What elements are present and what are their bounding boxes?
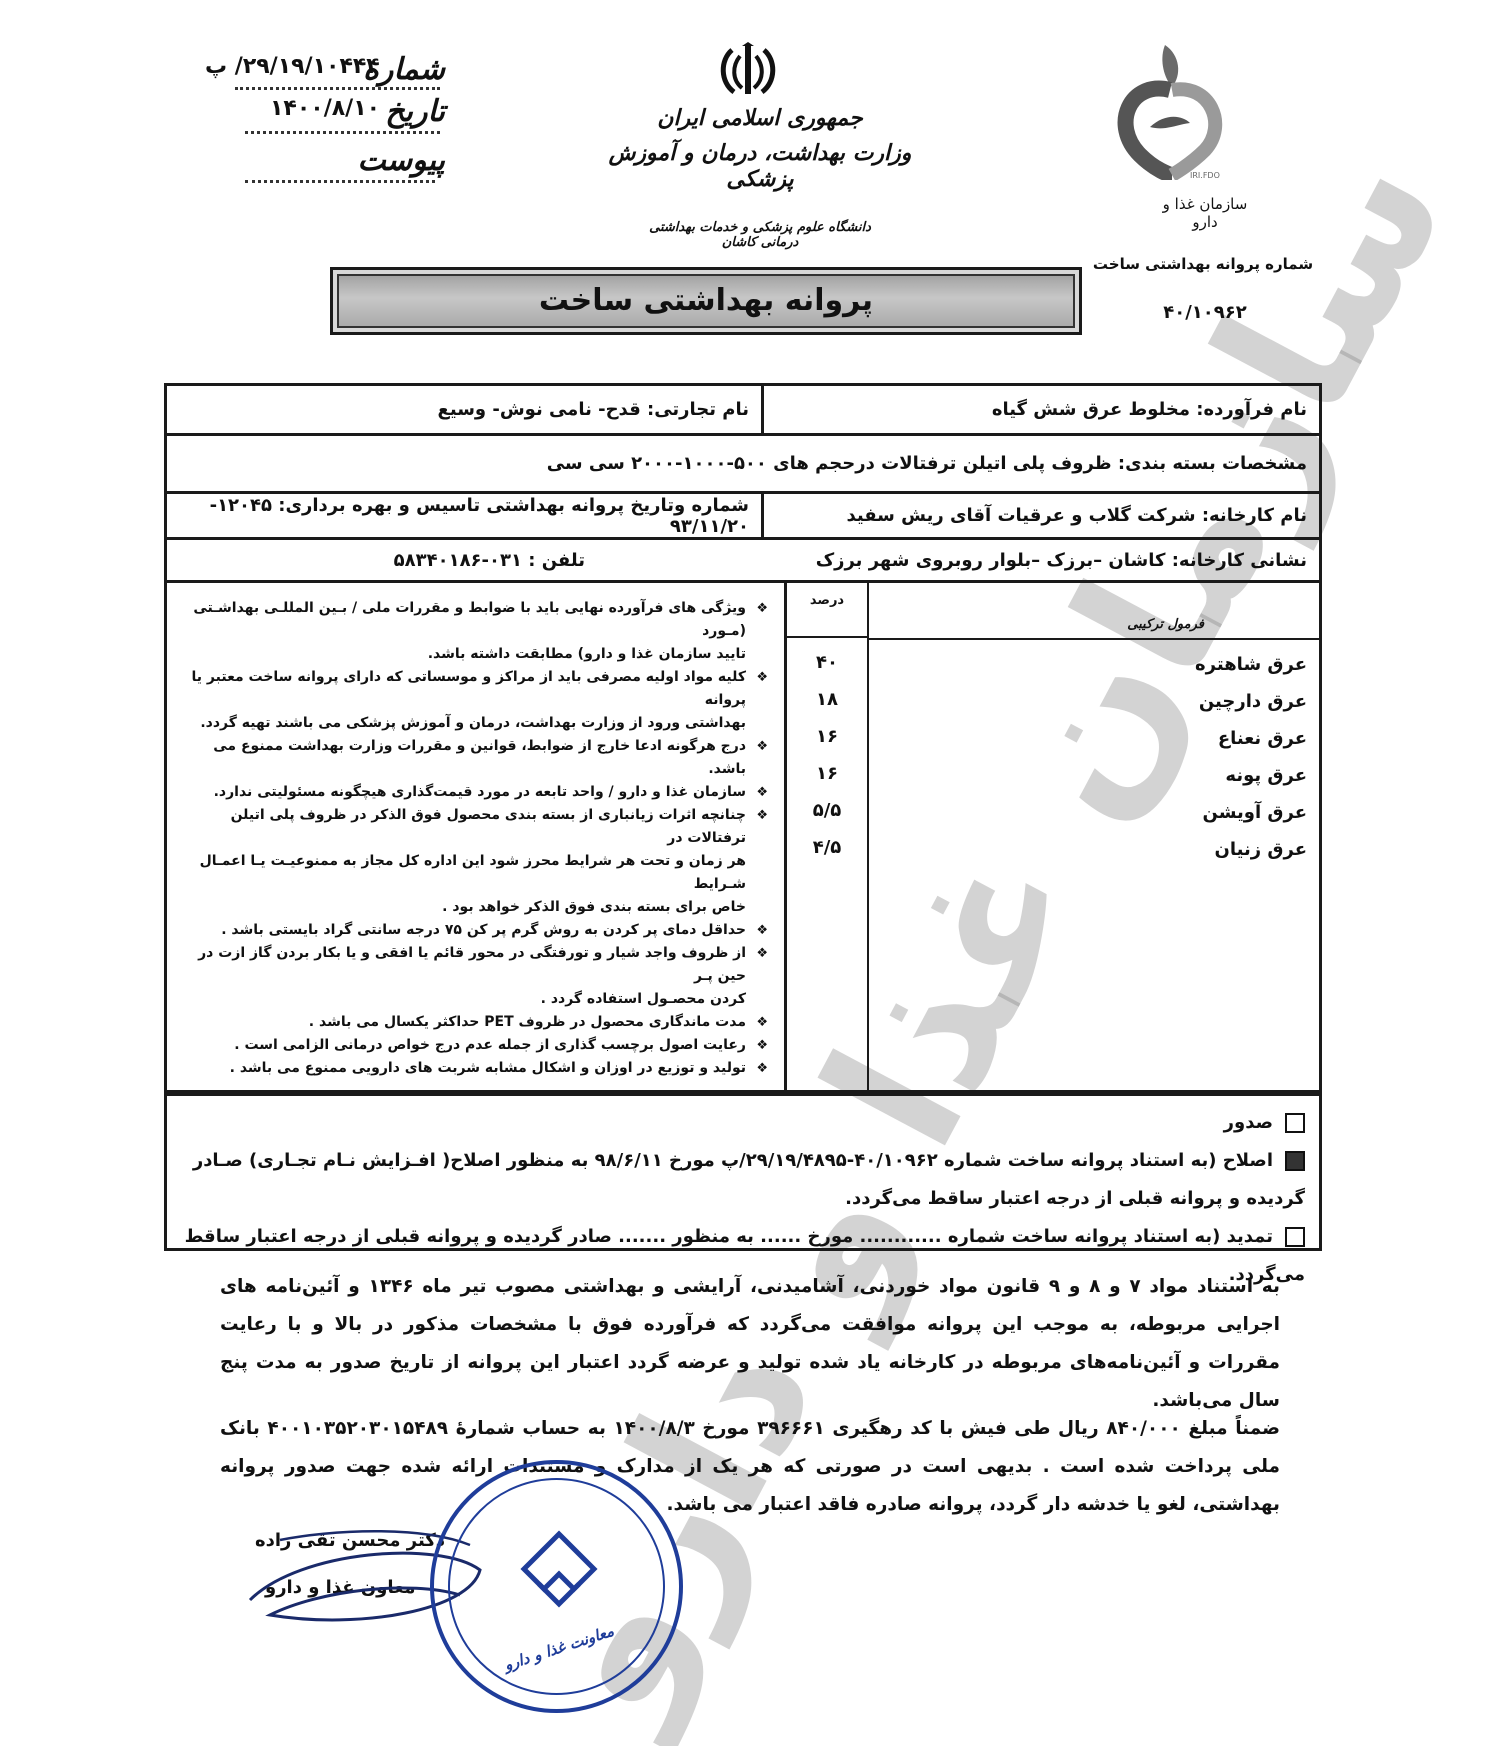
official-stamp: معاونت غذا و دارو (430, 1460, 683, 1713)
formula-item-name: عرق پونه (869, 757, 1307, 794)
formula-item-name: عرق آویشن (869, 794, 1307, 831)
country-name: جمهوری اسلامی ایران (640, 105, 880, 131)
number-value: ۲۹/۱۹/۱۰۴۴۴/ پ (205, 54, 380, 79)
condition-item: چنانچه اثرات زیانباری از بسته بندی محصول… (177, 804, 768, 850)
svg-text:IRI.FDO: IRI.FDO (1190, 171, 1220, 180)
fda-logo-icon: IRI.FDO (1110, 35, 1225, 180)
number-field: ۲۹/۱۹/۱۰۴۴۴/ پ (205, 52, 440, 90)
license-number-label: شماره پروانه بهداشتی ساخت (1088, 255, 1318, 273)
title-banner: پروانه بهداشتی ساخت (330, 267, 1082, 335)
info-table: نام فرآورده: مخلوط عرق شش گیاه نام تجارت… (164, 383, 1322, 583)
condition-item: مدت ماندگاری محصول در ظروف PET حداکثر یک… (177, 1011, 768, 1034)
stamp-logo-icon (504, 1524, 614, 1634)
brand-name: نام تجارتی: قدح- نامی نوش- وسیع (167, 386, 764, 433)
option-amendment[interactable]: اصلاح (به استناد پروانه ساخت شماره ۴۰/۱۰… (181, 1142, 1305, 1180)
date-value: ۱۴۰۰/۸/۱۰ (270, 96, 380, 121)
product-name: نام فرآورده: مخلوط عرق شش گیاه (764, 386, 1319, 433)
formula-item-name: عرق نعناع (869, 720, 1307, 757)
amendment-checkbox[interactable] (1285, 1151, 1305, 1171)
formula-item-name: عرق شاهتره (869, 646, 1307, 683)
issue-label: صدور (1224, 1112, 1273, 1133)
condition-item: سازمان غذا و دارو / واحد تابعه در مورد ق… (177, 781, 768, 804)
condition-item: هر زمان و تحت هر شرایط محرز شود این ادار… (177, 850, 768, 896)
table-row: نام فرآورده: مخلوط عرق شش گیاه نام تجارت… (167, 386, 1319, 436)
approval-paragraph: به استناد مواد ۷ و ۸ و ۹ قانون مواد خورد… (220, 1268, 1280, 1420)
license-number-value: ۴۰/۱۰۹۶۲ (1150, 302, 1260, 323)
iran-emblem-icon (718, 42, 778, 100)
establishment-license: شماره وتاریخ پروانه بهداشتی تاسیس و بهره… (167, 494, 764, 537)
formula-item-percent: ۴/۵ (787, 829, 867, 866)
formula-section: فرمول ترکیبی عرق شاهترهعرق دارچینعرق نعن… (164, 583, 1322, 1093)
condition-item: تولید و توزیع در اوزان و اشکال مشابه شرب… (177, 1057, 768, 1080)
formula-item-percent: ۵/۵ (787, 792, 867, 829)
formula-item-percent: ۱۶ (787, 718, 867, 755)
date-field: ۱۴۰۰/۸/۱۰ (245, 94, 440, 134)
formula-item-name: عرق زنیان (869, 831, 1307, 868)
table-row: نشانی کارخانه: کاشان –برزک –بلوار روبروی… (167, 540, 1319, 580)
page-title: پروانه بهداشتی ساخت (333, 270, 1079, 332)
issue-checkbox[interactable] (1285, 1113, 1305, 1133)
university-name: دانشگاه علوم پزشکی و خدمات بهداشتی درمان… (630, 220, 890, 250)
condition-item: درج هرگونه ادعا خارج از ضوابط، قوانین و … (177, 735, 768, 781)
attachment-field (245, 143, 435, 183)
dotted-line (245, 131, 440, 134)
condition-item: بهداشتی ورود از وزارت بهداشت، درمان و آم… (177, 712, 768, 735)
formula-column: فرمول ترکیبی عرق شاهترهعرق دارچینعرق نعن… (867, 583, 1319, 1090)
condition-item: از ظروف واجد شیار و تورفتگی در محور قائم… (177, 942, 768, 988)
dotted-line (245, 180, 435, 183)
table-row: نام کارخانه: شرکت گلاب و عرقیات آقای ریش… (167, 494, 1319, 540)
condition-item: کردن محصـول استفاده گردد . (177, 988, 768, 1011)
packaging-spec: مشخصات بسته بندی: ظروف پلی اتیلن ترفتالا… (167, 436, 1319, 491)
condition-item: تایید سازمان غذا و دارو) مطابقت داشته با… (177, 643, 768, 666)
formula-header: فرمول ترکیبی (1127, 617, 1204, 632)
condition-item: حداقل دمای پر کردن به روش گرم پر کن ۷۵ د… (177, 919, 768, 942)
org-name: سازمان غذا و دارو (1150, 195, 1260, 231)
percent-header: درصد (787, 583, 867, 638)
option-issue[interactable]: صدور (181, 1104, 1305, 1142)
amendment-label: اصلاح (به استناد پروانه ساخت شماره ۴۰/۱۰… (193, 1150, 1273, 1171)
condition-item: ویژگی های فرآورده نهایی باید با ضوابط و … (177, 597, 768, 643)
dotted-line (235, 87, 440, 90)
license-type-section: صدور اصلاح (به استناد پروانه ساخت شماره … (164, 1093, 1322, 1251)
renewal-checkbox[interactable] (1285, 1227, 1305, 1247)
condition-item: خاص برای بسته بندی فوق الذکر خواهد بود . (177, 896, 768, 919)
factory-name: نام کارخانه: شرکت گلاب و عرقیات آقای ریش… (764, 494, 1319, 537)
factory-address: نشانی کارخانه: کاشان –برزک –بلوار روبروی… (597, 540, 1319, 580)
factory-phone: تلفن : ۰۳۱-۵۸۳۴۰۱۸۶ (167, 540, 597, 580)
formula-item-percent: ۴۰ (787, 644, 867, 681)
conditions-list: ویژگی های فرآورده نهایی باید با ضوابط و … (167, 583, 784, 1090)
ministry-name: وزارت بهداشت، درمان و آموزش پزشکی (600, 140, 920, 192)
table-row: مشخصات بسته بندی: ظروف پلی اتیلن ترفتالا… (167, 436, 1319, 494)
condition-item: کلیه مواد اولیه مصرفی باید از مراکز و مو… (177, 666, 768, 712)
formula-item-percent: ۱۸ (787, 681, 867, 718)
payment-paragraph: ضمناً مبلغ ۸۴۰/۰۰۰ ریال طی فیش با کد رهگ… (220, 1410, 1280, 1524)
formula-item-name: عرق دارچین (869, 683, 1307, 720)
formula-item-percent: ۱۶ (787, 755, 867, 792)
percent-column: درصد ۴۰۱۸۱۶۱۶۵/۵۴/۵ (784, 583, 867, 1090)
amendment-continuation: گردیده و پروانه قبلی از درجه اعتبار ساقط… (181, 1180, 1305, 1218)
condition-item: رعایت اصول برچسب گذاری از جمله عدم درج خ… (177, 1034, 768, 1057)
